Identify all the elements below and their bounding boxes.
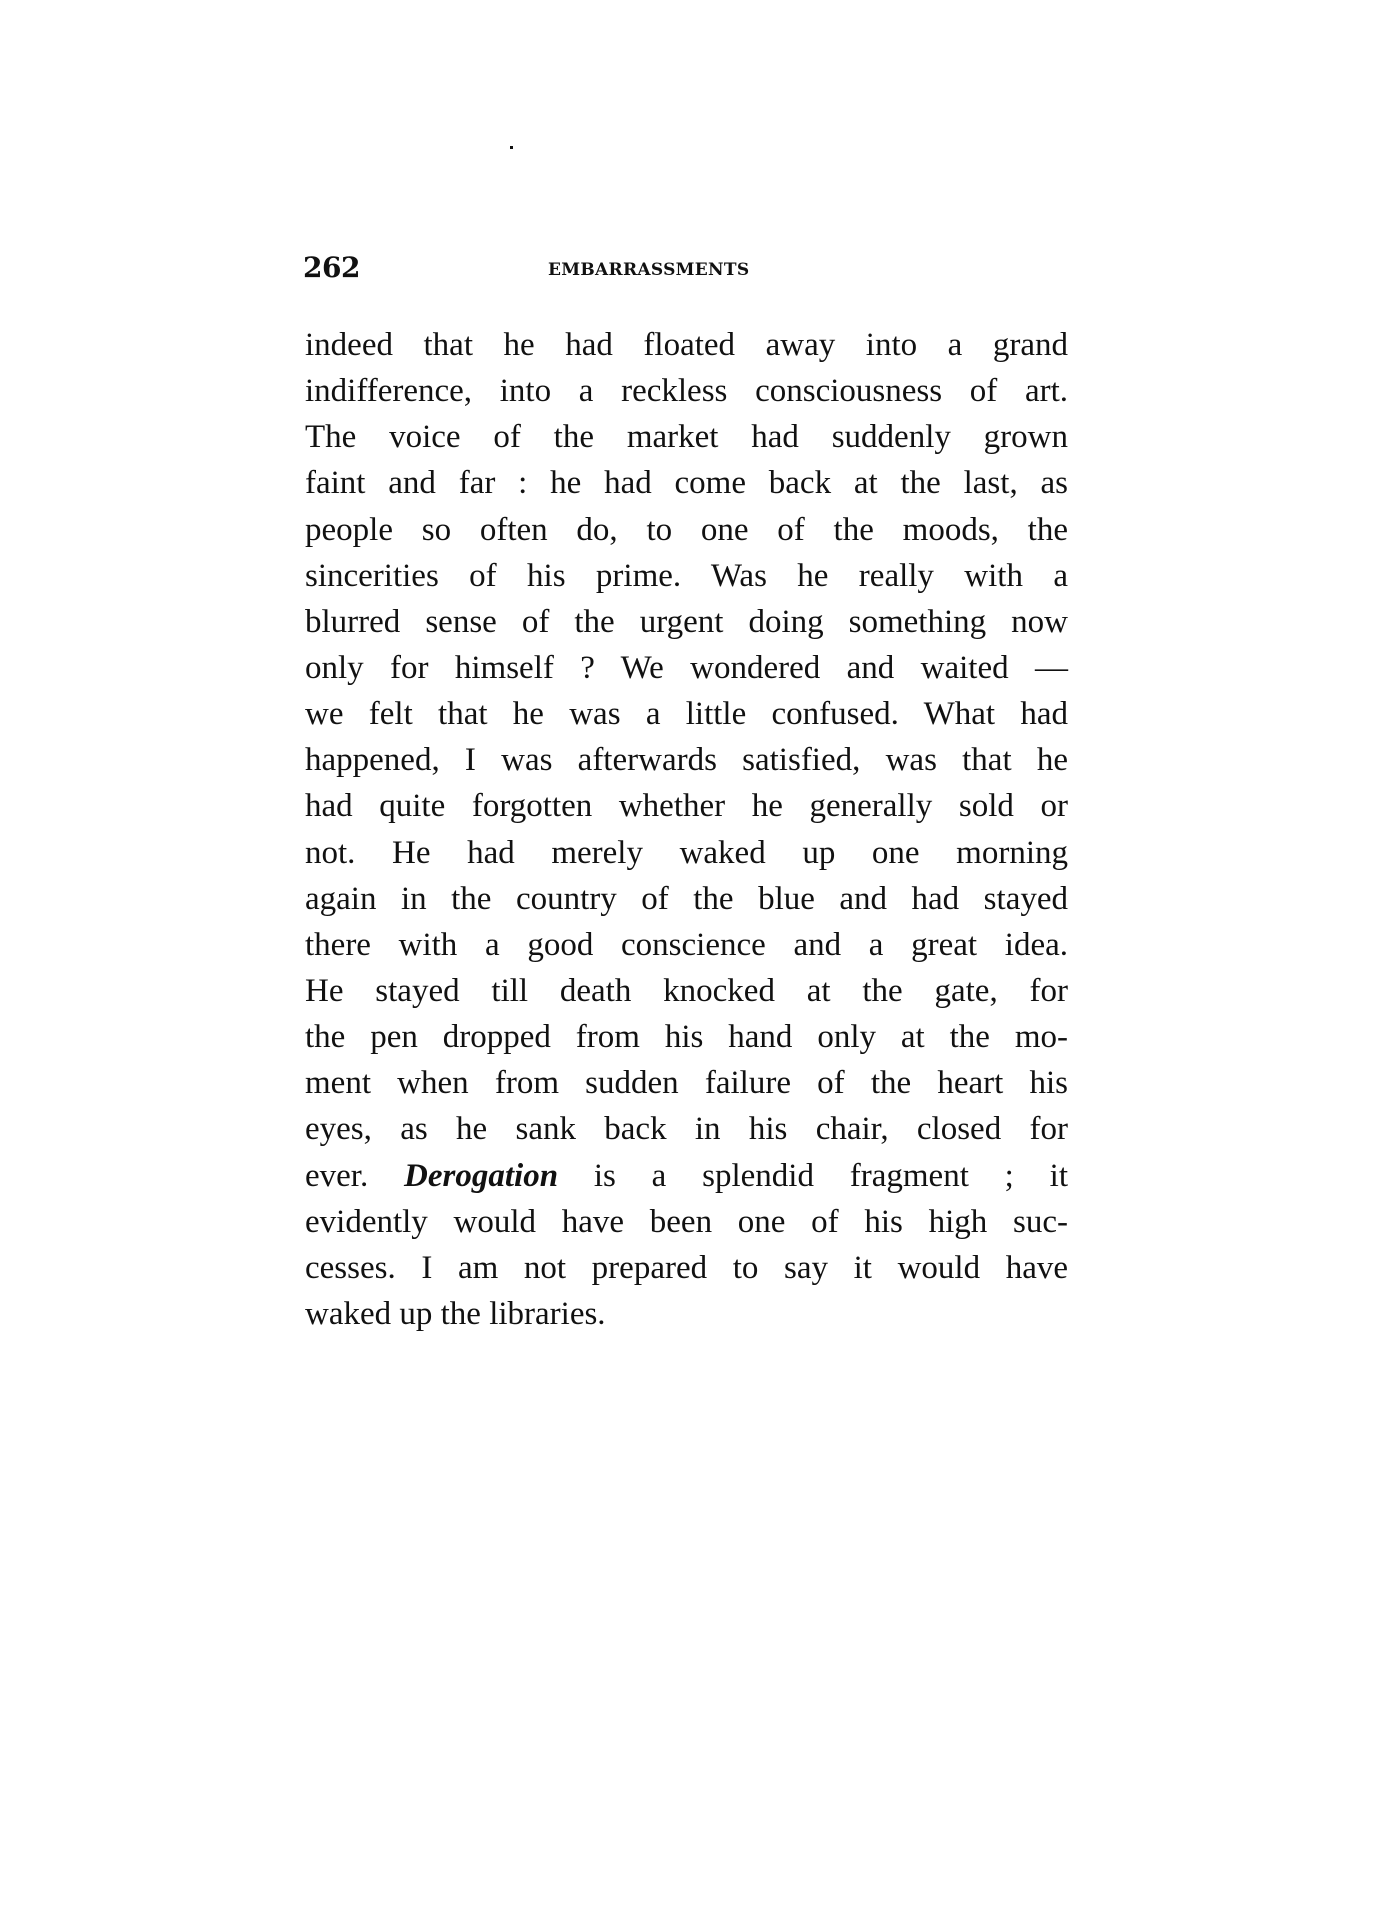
text-line: not. He had merely waked up one morning xyxy=(305,830,1068,876)
text-line-with-italic-title: ever. Derogation is a splendid fragment … xyxy=(305,1153,1068,1199)
page-number: 262 xyxy=(303,250,360,286)
text-line: ment when from sudden failure of the hea… xyxy=(305,1060,1068,1106)
text-line: happened, I was afterwards satisfied, wa… xyxy=(305,737,1068,783)
running-title: EMBARRASSMENTS xyxy=(548,255,828,285)
text-line: faint and far : he had come back at the … xyxy=(305,460,1068,506)
text-line: we felt that he was a little confused. W… xyxy=(305,691,1068,737)
text-line: evidently would have been one of his hig… xyxy=(305,1199,1068,1245)
text-line: the pen dropped from his hand only at th… xyxy=(305,1014,1068,1060)
text-line: there with a good conscience and a great… xyxy=(305,922,1068,968)
text-line: indifference, into a reckless consciousn… xyxy=(305,368,1068,414)
running-head: 262 EMBARRASSMENTS xyxy=(303,250,1068,286)
text-line: only for himself ? We wondered and waite… xyxy=(305,645,1068,691)
text-line: eyes, as he sank back in his chair, clos… xyxy=(305,1106,1068,1152)
text-line: cesses. I am not prepared to say it woul… xyxy=(305,1245,1068,1291)
text-line: blurred sense of the urgent doing someth… xyxy=(305,599,1068,645)
text-segment: is a splendid fragment ; it xyxy=(594,1158,1068,1194)
text-line: had quite forgotten whether he generally… xyxy=(305,783,1068,829)
text-line: people so often do, to one of the moods,… xyxy=(305,507,1068,553)
text-line: He stayed till death knocked at the gate… xyxy=(305,968,1068,1014)
body-text: indeed that he had floated away into a g… xyxy=(305,322,1068,1337)
text-line: indeed that he had floated away into a g… xyxy=(305,322,1068,368)
italic-book-title: Derogation xyxy=(404,1158,558,1194)
text-segment: ever. xyxy=(305,1158,368,1194)
text-line: The voice of the market had suddenly gro… xyxy=(305,414,1068,460)
text-line: sincerities of his prime. Was he really … xyxy=(305,553,1068,599)
text-line-last: waked up the libraries. xyxy=(305,1291,1068,1337)
scan-artifact-dot xyxy=(510,146,513,149)
text-line: again in the country of the blue and had… xyxy=(305,876,1068,922)
